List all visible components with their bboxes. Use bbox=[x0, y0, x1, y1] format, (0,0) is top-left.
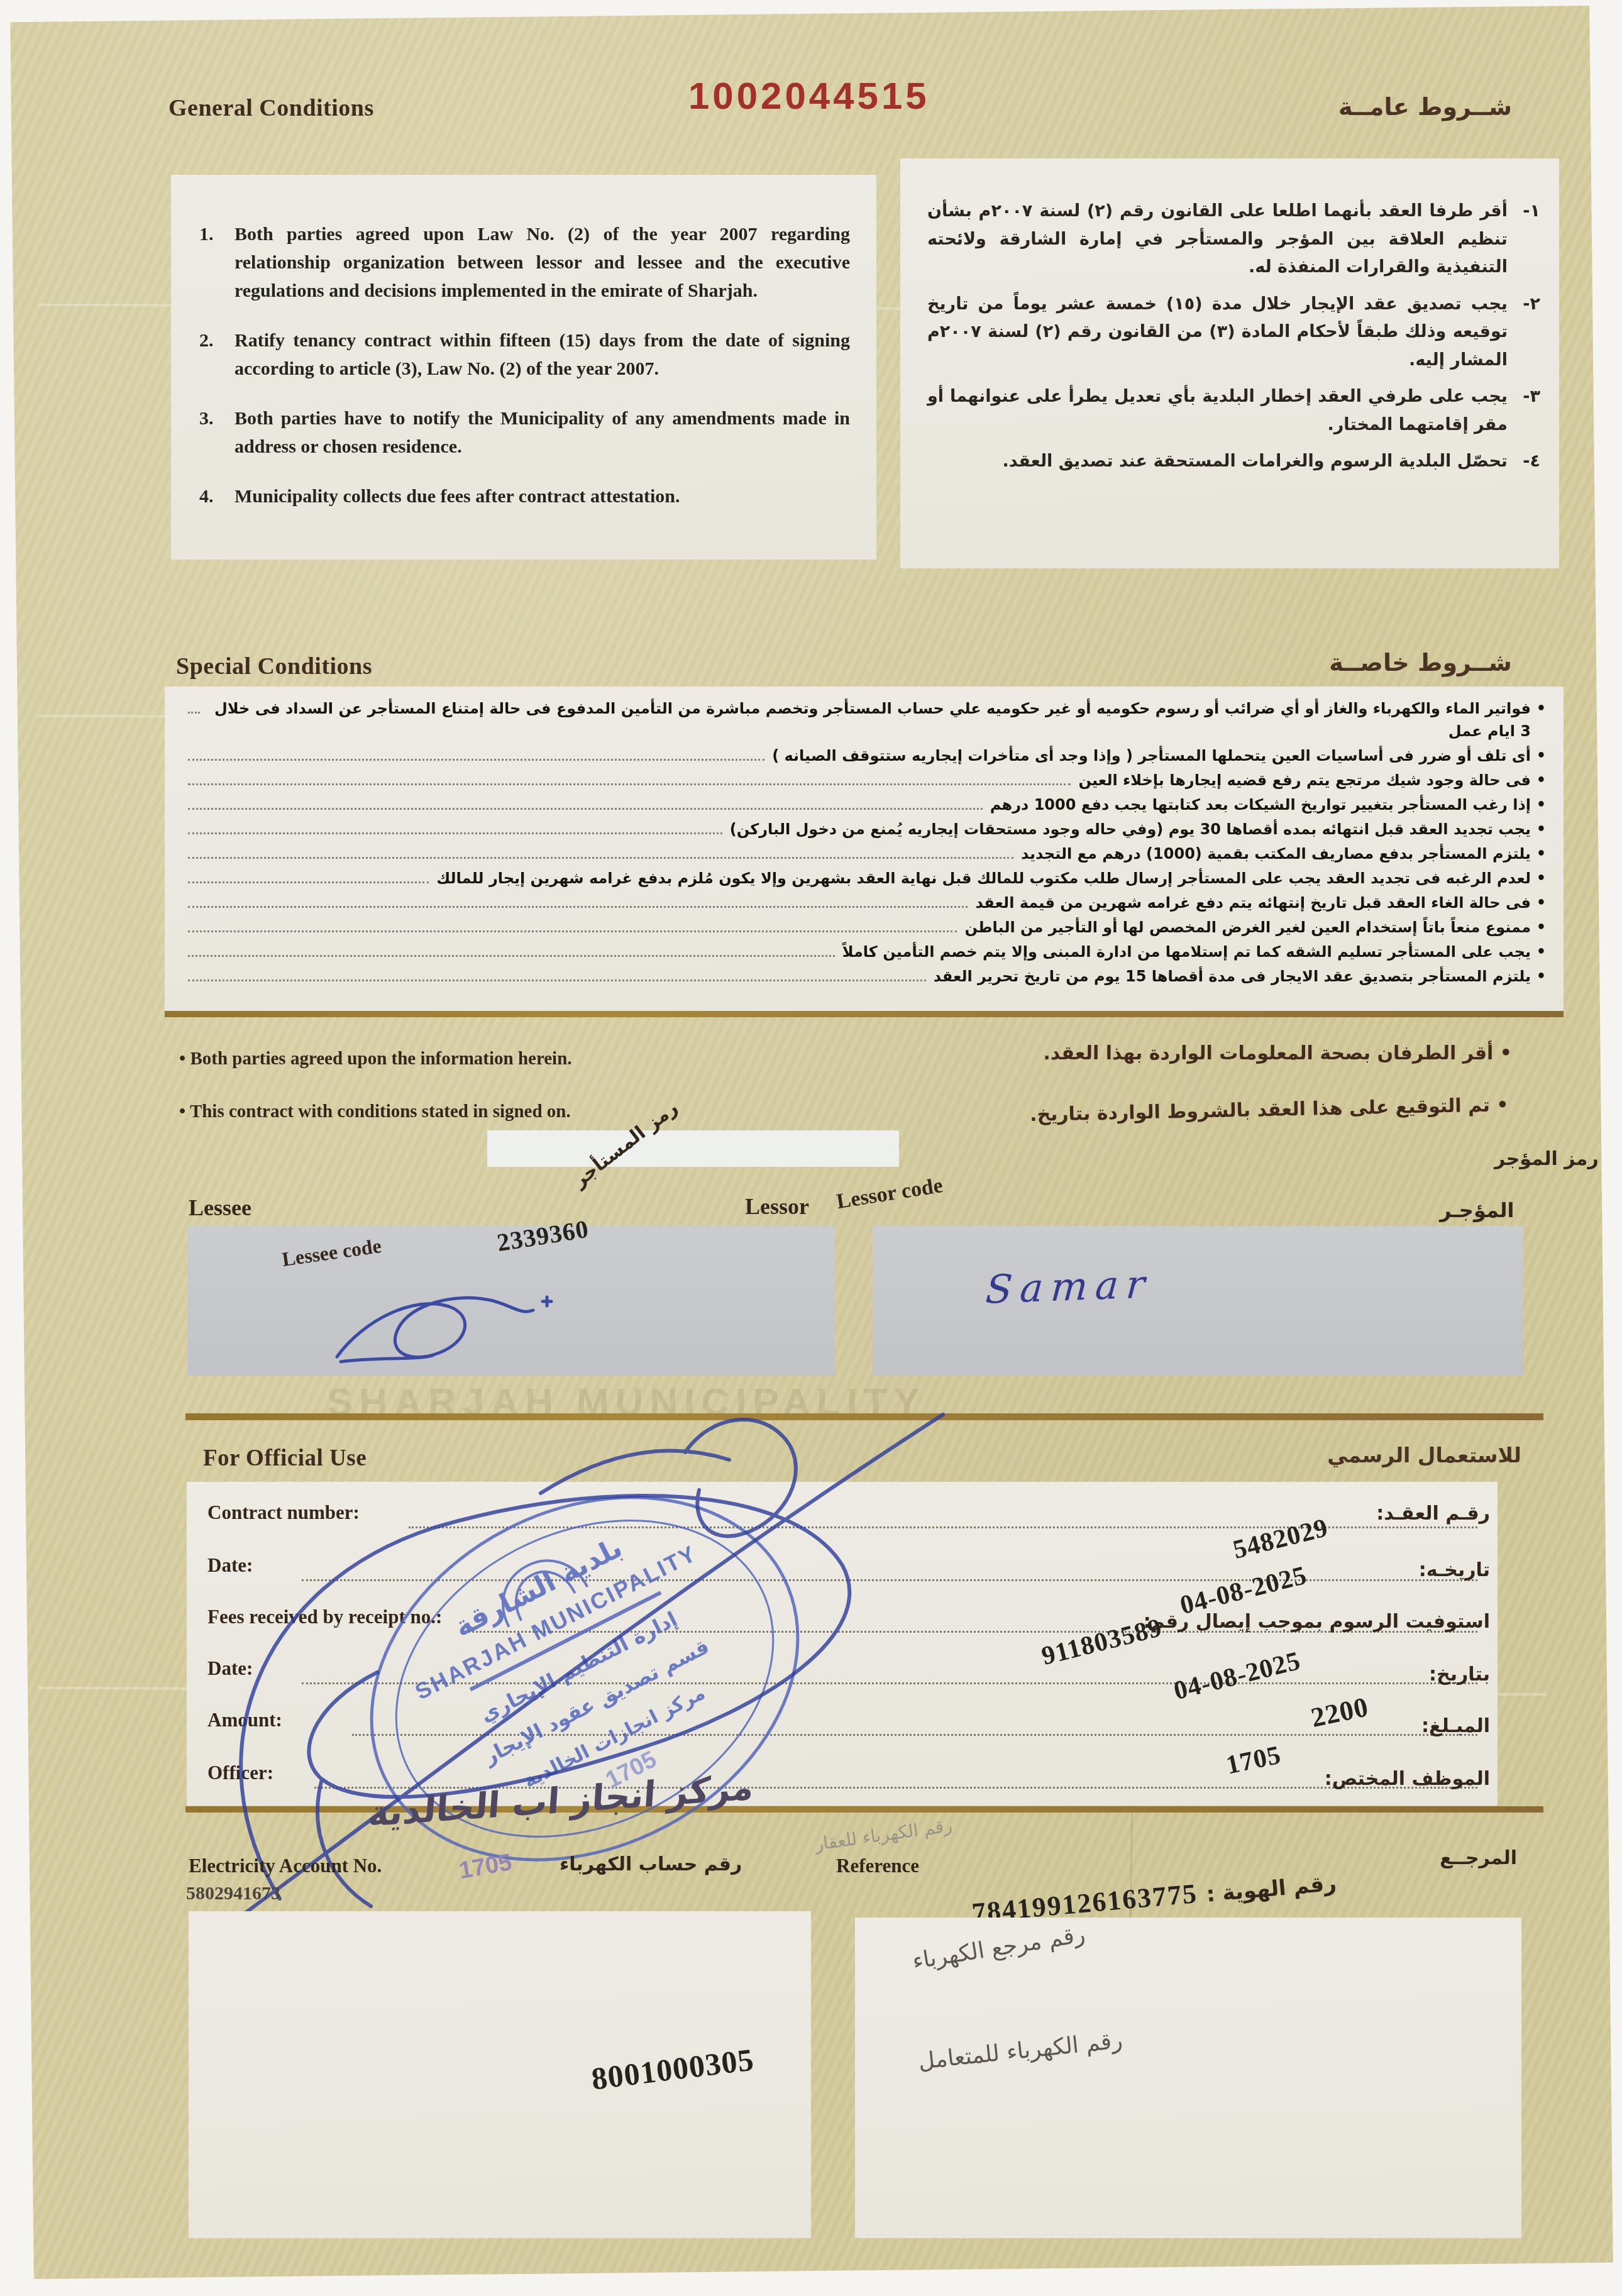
condition-line: •فى حالة وجود شيك مرتجع يتم رفع قضيه إيج… bbox=[180, 768, 1546, 792]
item-number: 1. bbox=[199, 220, 234, 305]
electricity-account-label-ar: رقم حساب الكهرباء bbox=[560, 1853, 742, 1875]
bullet: • bbox=[1531, 916, 1546, 939]
special-conditions-title-en: Special Conditions bbox=[176, 653, 372, 680]
lessee-signature-box: Lessee code 2339360 bbox=[187, 1226, 835, 1376]
general-conditions-title-ar: شــروط عامــة bbox=[1338, 93, 1512, 121]
condition-line: •فى حالة الغاء العقد قبل تاريخ إنتهائه ي… bbox=[180, 891, 1546, 914]
lessor-label-ar: المؤجـر bbox=[1440, 1198, 1514, 1222]
lessor-signature-text: Samar bbox=[985, 1261, 1154, 1312]
item-text: Both parties have to notify the Municipa… bbox=[234, 404, 850, 461]
condition-text: يلتزم المستأجر بتصديق عقد الايجار فى مدة… bbox=[934, 965, 1531, 988]
item-text: يجب على طرفي العقد إخطار البلدية بأي تعد… bbox=[927, 383, 1508, 439]
condition-text: إذا رغب المستأجر بتغيير تواريخ الشيكات ب… bbox=[990, 793, 1531, 816]
condition-line: •ممنوع منعاً باتاً إستخدام العين لغير ال… bbox=[180, 915, 1546, 939]
item-text: Ratify tenancy contract within fifteen (… bbox=[234, 326, 850, 383]
dotted-leader bbox=[188, 817, 722, 834]
condition-text: فى حالة الغاء العقد قبل تاريخ إنتهائه يت… bbox=[975, 891, 1531, 914]
condition-text: أى تلف أو ضرر فى أساسيات العين يتحملها ا… bbox=[772, 744, 1531, 767]
general-conditions-list-ar: ١-أقر طرفا العقد بأنهما اطلعا على القانو… bbox=[927, 197, 1540, 485]
condition-line: •يلتزم المستأجر بدفع مصاريف المكتب بقمية… bbox=[180, 842, 1546, 865]
condition-text: يلتزم المستأجر بدفع مصاريف المكتب بقمية … bbox=[1021, 842, 1531, 865]
field-label-ar: الموظف المختص: bbox=[1325, 1768, 1490, 1790]
field-label-ar: المبـلغ: bbox=[1421, 1715, 1490, 1737]
list-item: ٢-يجب تصديق عقد الإيجار خلال مدة (١٥) خم… bbox=[927, 290, 1540, 375]
condition-text: يجب تجديد العقد قبل انتهائه بمده أقصاها … bbox=[730, 818, 1531, 841]
electricity-account-label-en: Electricity Account No. bbox=[189, 1855, 382, 1877]
field-label-ar: تاريخـه: bbox=[1419, 1559, 1490, 1581]
electricity-box-value: 8001000305 bbox=[589, 2041, 756, 2097]
reference-label-en: Reference bbox=[836, 1855, 919, 1877]
official-use-title-ar: للاستعمال الرسمي bbox=[1327, 1443, 1521, 1467]
reference-note-1: رقم مرجع الكهرباء bbox=[910, 1922, 1086, 1975]
condition-text: فى حالة وجود شيك مرتجع يتم رفع قضيه إيجا… bbox=[1078, 769, 1531, 792]
item-text: Municipality collects due fees after con… bbox=[234, 482, 850, 511]
bullet: • bbox=[1531, 697, 1546, 720]
field-label-ar: رقـم العقـد: bbox=[1376, 1503, 1490, 1525]
list-item: ٤-تحصّل البلدية الرسوم والغرامات المستحق… bbox=[927, 448, 1540, 476]
document-number: 1002044515 bbox=[688, 74, 930, 118]
list-item: 4.Municipality collects due fees after c… bbox=[199, 482, 850, 511]
electricity-box: 8001000305 bbox=[189, 1911, 811, 2238]
dotted-leader bbox=[188, 768, 1071, 785]
bullet: • bbox=[1531, 769, 1546, 792]
item-number: ١- bbox=[1508, 197, 1540, 282]
special-conditions-title-ar: شــروط خاصــة bbox=[1329, 649, 1512, 676]
dotted-leader bbox=[188, 744, 764, 761]
reference-note-2: رقم الكهرباء للمتعامل bbox=[917, 2028, 1124, 2075]
condition-text: فواتير الماء والكهرباء والغاز أو أي ضرائ… bbox=[207, 697, 1531, 742]
general-conditions-box-en: 1.Both parties agreed upon Law No. (2) o… bbox=[171, 175, 876, 560]
electricity-account-number: 5802941673 bbox=[186, 1883, 280, 1904]
bullet: • bbox=[1531, 891, 1546, 914]
item-number: 4. bbox=[199, 482, 234, 511]
item-number: ٤- bbox=[1508, 448, 1540, 476]
dotted-leader bbox=[188, 866, 429, 883]
scanned-tenancy-contract: General Conditions 1002044515 شــروط عام… bbox=[0, 0, 1622, 2296]
redacted-area bbox=[487, 1130, 899, 1167]
list-item: 1.Both parties agreed upon Law No. (2) o… bbox=[199, 220, 850, 305]
dotted-leader bbox=[188, 697, 200, 714]
bullet: • bbox=[1531, 818, 1546, 841]
separator-line bbox=[165, 1011, 1564, 1017]
dotted-leader bbox=[188, 964, 926, 981]
bullet: • bbox=[1531, 744, 1546, 767]
list-item: ١-أقر طرفا العقد بأنهما اطلعا على القانو… bbox=[927, 197, 1540, 282]
dotted-leader bbox=[188, 940, 835, 957]
lessor-code-label-ar: رمز المؤجر bbox=[1494, 1148, 1599, 1170]
bullet: • bbox=[1531, 965, 1546, 988]
condition-line: •يجب على المستأجر تسليم الشقه كما تم إست… bbox=[180, 940, 1546, 963]
condition-line: •يجب تجديد العقد قبل انتهائه بمده أقصاها… bbox=[180, 817, 1546, 841]
field-label-ar: بتاريخ: bbox=[1429, 1664, 1490, 1686]
condition-text: ممنوع منعاً باتاً إستخدام العين لغير الغ… bbox=[964, 916, 1531, 939]
list-item: 3.Both parties have to notify the Munici… bbox=[199, 404, 850, 461]
agreement-statement-ar-1: • أقر الطرفان بصحة المعلومات الواردة بهذ… bbox=[1043, 1042, 1512, 1064]
condition-line: •يلتزم المستأجر بتصديق عقد الايجار فى مد… bbox=[180, 964, 1546, 988]
condition-line: •أى تلف أو ضرر فى أساسيات العين يتحملها … bbox=[180, 744, 1546, 767]
bullet: • bbox=[1531, 793, 1546, 816]
item-text: أقر طرفا العقد بأنهما اطلعا على القانون … bbox=[927, 197, 1508, 282]
bullet: • bbox=[1531, 867, 1546, 890]
general-conditions-list-en: 1.Both parties agreed upon Law No. (2) o… bbox=[199, 220, 850, 532]
list-item: 2.Ratify tenancy contract within fifteen… bbox=[199, 326, 850, 383]
condition-line: •فواتير الماء والكهرباء والغاز أو أي ضرا… bbox=[180, 697, 1546, 742]
item-number: ٣- bbox=[1508, 383, 1540, 439]
special-conditions-box: •فواتير الماء والكهرباء والغاز أو أي ضرا… bbox=[165, 687, 1564, 1011]
item-text: يجب تصديق عقد الإيجار خلال مدة (١٥) خمسة… bbox=[927, 290, 1508, 375]
condition-line: •إذا رغب المستأجر بتغيير تواريخ الشيكات … bbox=[180, 793, 1546, 816]
bullet: • bbox=[1531, 842, 1546, 865]
item-text: Both parties agreed upon Law No. (2) of … bbox=[234, 220, 850, 305]
list-item: ٣-يجب على طرفي العقد إخطار البلدية بأي ت… bbox=[927, 383, 1540, 439]
lessor-label: Lessor bbox=[745, 1193, 809, 1220]
condition-text: لعدم الرغبه فى تجديد العقد يجب على المست… bbox=[436, 867, 1531, 890]
dotted-leader bbox=[188, 793, 983, 810]
item-text: تحصّل البلدية الرسوم والغرامات المستحقة … bbox=[927, 448, 1508, 476]
dotted-leader bbox=[188, 891, 968, 908]
general-conditions-box-ar: ١-أقر طرفا العقد بأنهما اطلعا على القانو… bbox=[900, 158, 1559, 568]
reference-label-ar: المرجــع bbox=[1440, 1847, 1517, 1869]
item-number: ٢- bbox=[1508, 290, 1540, 375]
bullet: • bbox=[1531, 941, 1546, 963]
item-number: 2. bbox=[199, 326, 234, 383]
general-conditions-title-en: General Conditions bbox=[168, 94, 374, 122]
condition-line: •لعدم الرغبه فى تجديد العقد يجب على المس… bbox=[180, 866, 1546, 890]
reference-box: رقم مرجع الكهرباء رقم الكهرباء للمتعامل bbox=[855, 1918, 1521, 2238]
agreement-statement-en-1: • Both parties agreed upon the informati… bbox=[179, 1049, 572, 1069]
lessee-label: Lessee bbox=[189, 1195, 251, 1221]
item-number: 3. bbox=[199, 404, 234, 461]
lessee-signature bbox=[326, 1262, 565, 1376]
dotted-leader bbox=[188, 842, 1013, 859]
lessor-signature-box: Samar bbox=[873, 1226, 1523, 1376]
dotted-leader bbox=[188, 915, 957, 932]
condition-text: يجب على المستأجر تسليم الشقه كما تم إستل… bbox=[842, 941, 1531, 963]
special-conditions-list: •فواتير الماء والكهرباء والغاز أو أي ضرا… bbox=[180, 697, 1546, 989]
agreement-statement-en-2: • This contract with conditions stated i… bbox=[179, 1101, 571, 1122]
